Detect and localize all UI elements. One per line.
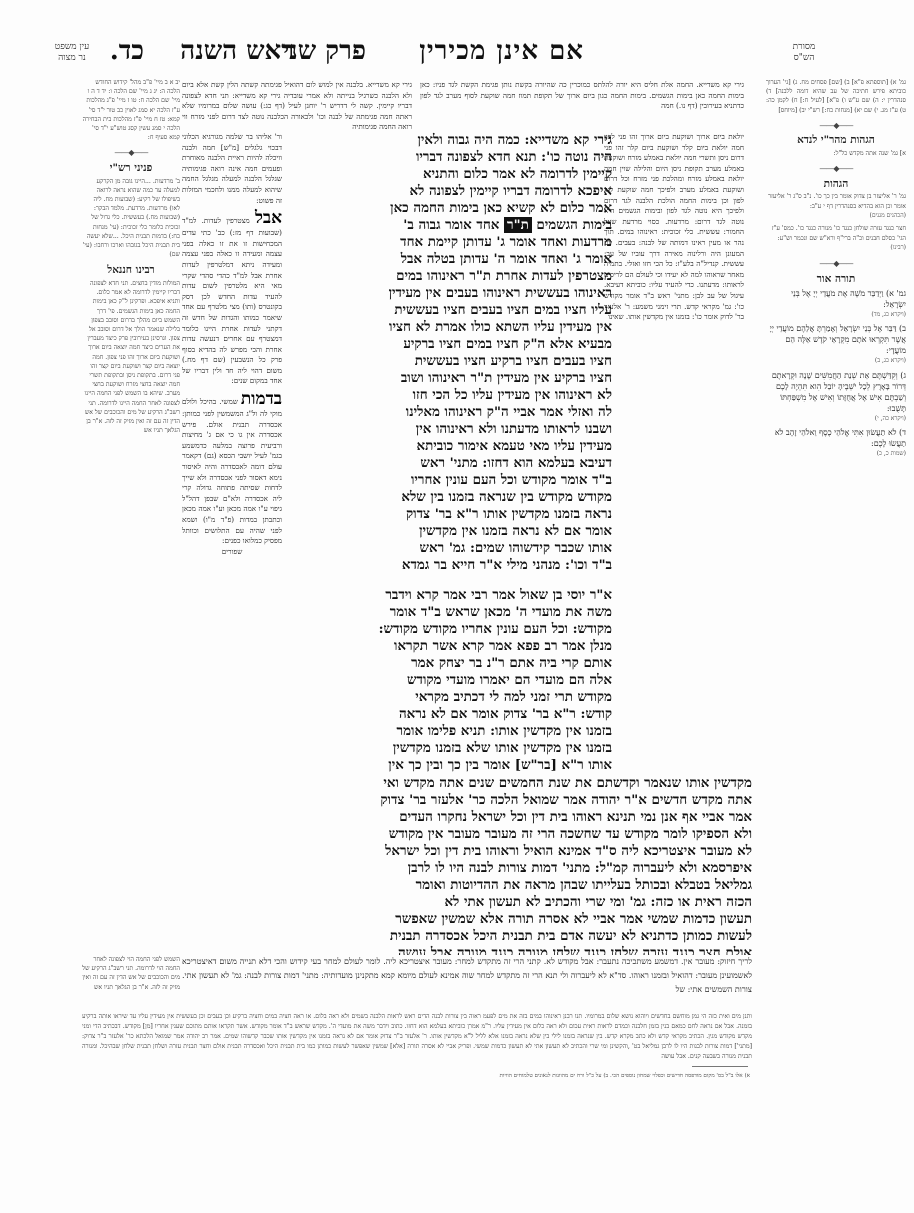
rashi-bottom-text: לריך חיזוק: מעובר אין. דמשמע משתכיכה נתע… bbox=[182, 955, 752, 1013]
bottom-commentary: ותנן מים ואית כזה הי גמן מוחשם בחדשים וי… bbox=[82, 1012, 752, 1062]
gemara-text-narrow-lower: א"ר יוסי בן שאול אמר רבי אמר קרא וידבר מ… bbox=[284, 587, 612, 775]
tosafot-column: ור' אליהו בר שלמה מגורגיא הכלוני דבכוי ג… bbox=[182, 132, 282, 582]
rabbeinu-chananel-text: המולות מודין בחצים. תני חדא לצפונה דבריו… bbox=[82, 279, 180, 609]
hagahot-maharai-text: א] גמ' שנה אתה מקדש כל"ל: bbox=[766, 149, 906, 158]
rabbeinu-chananel-heading: רבינו חננאל bbox=[82, 265, 180, 276]
hagahot-maharai-heading: הגהות מהר"י לנדא bbox=[766, 135, 906, 146]
boxed-baraita-marker: ת"ר bbox=[504, 217, 532, 233]
rashi-top-band: גירי קא משדייא. החמה אלת חליס היא יורה ל… bbox=[420, 80, 744, 130]
tractate-name: ראש השנה bbox=[180, 36, 294, 66]
hagahot-heading: הגהות bbox=[766, 179, 906, 190]
tosafot-dibur-aval: אבל bbox=[255, 208, 282, 228]
tosafot-tail: שפורים bbox=[182, 547, 282, 558]
ornament-divider: ——◆—— bbox=[766, 259, 906, 270]
right-margin-notes: גמ' א) [תוספתא פ"א] ב) [שם] פסחים מח. ג)… bbox=[766, 78, 906, 460]
tosafot-dibur-bidmut: בדמות bbox=[241, 389, 282, 409]
left-margin-notes: יב א ב מיי' פ"ב מהל' קידוש החודש הלכה ה:… bbox=[82, 78, 180, 609]
chapter-title: אם אינן מכירין bbox=[419, 36, 584, 66]
masoret-hashas-label: מסורת הש"ס bbox=[784, 42, 824, 64]
rashi-top-text: גירי קא משדייא. החמה אלת חליס היא יורה ל… bbox=[420, 80, 744, 110]
gemara-text-narrow: גירי קא משדייא: כמה היה גבוה ולאין היה נ… bbox=[284, 132, 612, 587]
masoret-hashas-notes: גמ' א) [תוספתא פ"א] ב) [שם] פסחים מח. ג)… bbox=[766, 78, 906, 115]
ein-mishpat-notes: יב א ב מיי' פ"ב מהל' קידוש החודש הלכה ה:… bbox=[82, 78, 180, 142]
rashi-side-text: יולאת ביום ארוך ושוקעת ביום ארוך זהו פני… bbox=[604, 132, 744, 321]
tosafot-top-text: גירי קא משדייא. בלבנה אין למוש לום דהואי… bbox=[182, 80, 412, 130]
page-header: מסורת הש"ס אם אינן מכירין פרק שני ראש הש… bbox=[0, 36, 914, 70]
torah-or-heading: תורה אור bbox=[766, 274, 906, 285]
tosafot-mid-text: ור' אליהו בר שלמה מגורגיא הכלוני דבכוי ג… bbox=[182, 132, 282, 206]
tosafot-aval-text: מצטרפין לעדות. למ"ד (שבועות דף מז:) כב' … bbox=[182, 216, 282, 385]
ein-mishpat-label: עין משפט נר מצוה bbox=[48, 42, 96, 64]
torah-or-item: ב) דַּבֵּר אֶל בְּנֵי יִשְׂרָאֵל וְאָמַר… bbox=[766, 323, 906, 367]
torah-or-item: גמ' א) וַיְדַבֵּר מֹשֶׁה אֶת מֹעֲדֵי יְי… bbox=[766, 288, 906, 321]
footnotes: א) אלו ב"ל בס' מקום מודפסה חדישים וכפלוי… bbox=[260, 1073, 750, 1079]
ornament-divider: ——◆—— bbox=[766, 164, 906, 175]
gemara-text-wide: מקדשין אותו שנאמר וקדשתם את שנת החמשים ש… bbox=[182, 775, 752, 955]
tosafot-bidmut-text: שמשי. בהיכל ולולם מוקי לה ול"ג המשמשין ל… bbox=[182, 397, 282, 545]
perek-label: פרק שני bbox=[282, 36, 366, 66]
tosafot-top-band: גירי קא משדייא. בלבנה אין למוש לום דהואי… bbox=[182, 80, 412, 130]
hagahot-extra-ref: (רבינו) bbox=[766, 243, 906, 254]
torah-or-item: ג) וְקִדַּשְׁתֶּם אֵת שְׁנַת הַחֲמִשִּׁי… bbox=[766, 370, 906, 425]
folio-number: כד. bbox=[110, 36, 144, 66]
hagahot-ref: (הכהנים מגנים) bbox=[766, 211, 906, 222]
ornament-divider: ——◆—— bbox=[82, 148, 180, 159]
ornament-divider: ——◆—— bbox=[766, 121, 906, 132]
torah-or-item: ד) לֹא תַעֲשׂוּן אִתִּי אֱלֹהֵי כֶסֶף וֵ… bbox=[766, 427, 906, 460]
footnote-divider bbox=[692, 1066, 748, 1067]
pninei-rashi-text: ב' מרדעות. ...היינו גובה מן הקרקע למעלה … bbox=[82, 177, 180, 260]
pninei-rashi-heading: פניני רש"י bbox=[82, 163, 180, 174]
hagahot-text: גמ' ר' אליעזר בן צדוק אומר בין כך כו'. נ… bbox=[766, 192, 906, 210]
hagahot-extra-text: חצר כנגד עזרה שולחן כנגד כו' מנורה כנגד … bbox=[766, 224, 906, 242]
